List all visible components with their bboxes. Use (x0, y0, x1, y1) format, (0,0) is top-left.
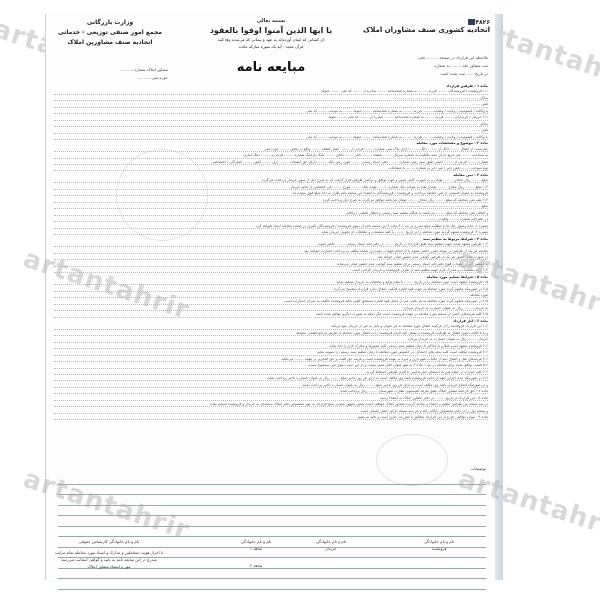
contract-line: ۲-۶ فروشنده متعهد است قبلاً و یا حداکثر … (54, 344, 488, 349)
notes-line[interactable] (58, 527, 486, 538)
section-heading: ماده ۴ : شرایط مربوط به تنظیم سند (54, 237, 488, 241)
contract-line: و در صورتیکه امتناع خریدار باشد وی مکلف … (54, 383, 488, 388)
notes-label: توضیحات (471, 466, 486, 471)
contract-line: ماده ۸ : این قرارداد در تاریخ ........ د… (54, 396, 488, 401)
notes-line[interactable] (58, 474, 486, 485)
contract-line: مبلغ ........ ریال معادل ........ تومان … (54, 178, 488, 183)
section-heading: ماده ۲ : موضوع و مشخصات مورد معامله (54, 141, 488, 145)
notes-line[interactable] (58, 495, 486, 506)
notes-line[interactable] (58, 485, 486, 496)
union-name: اتحادیه صنف مشاورین املاک (50, 38, 170, 48)
section-heading: ماده ۶ : آثار قرارداد (54, 319, 488, 323)
org-name: اتحادیه کشوری صنف مشاوران املاک (360, 26, 490, 34)
contract-line: ۲-۵ در صورتیکه معلوم گردد مورد معامله به… (54, 287, 488, 292)
signature-legal-expert: نام و نام خانوادگی کارشناس حقوقی با احرا… (54, 538, 164, 570)
contract-line: خریدار ........ ریال به عنوان خسارت به خ… (54, 337, 488, 342)
contract-line: نوع سوخت ........ تلفن دایر / غیر دایر ب… (54, 166, 488, 171)
ministry-name: وزارت بازرگانی (50, 18, 170, 28)
verse-header: بسمه تعالی یا ایها الذین آمنوا اوفوا بال… (196, 18, 346, 49)
org-header: ۴۸۲۶ اتحادیه کشوری صنف مشاوران املاک (360, 18, 490, 34)
contract-line: در دفترخانه شماره ........ واقع در .....… (54, 217, 488, 222)
reg-line: ثبت مشاور جلد ........ به شماره (338, 62, 488, 70)
sig-role: فروشنده (404, 545, 474, 552)
contract-line: تلفن ....... (54, 102, 488, 107)
verse-translation: ای کسانی که ایمان آورده‌اید به عهد و پیم… (196, 37, 346, 42)
contract-line: ۱-۱ فروشنده / فروشندگان ........ فرزند .… (54, 89, 488, 94)
contract-line: و الباقی ثمن معامله که مبلغ ........ می‌… (54, 211, 488, 216)
verse-source: قرآن مجید - آیه یک سوره مبارکه مائده (196, 44, 346, 49)
contract-line: با وکالت / قیمومیت / ولایت / وصایت .....… (54, 135, 488, 140)
contract-line: به خریدار ........ ریال به عنوان خسارت ب… (54, 306, 488, 311)
contract-line: تبصره ۱: عدم وصول چک ها یا مطالبه مبلغ م… (54, 224, 488, 229)
contract-line: و یا با اقامه دعوی انتقال به ظرفیت فروشن… (54, 331, 488, 336)
contract-line: به منظور اجرای تعهدات فوق دفترخانه اسناد… (54, 262, 488, 267)
notes-line[interactable] (58, 579, 486, 590)
sig-role: خریدار (296, 545, 366, 552)
sig-title: نام و نام خانوادگی (221, 538, 291, 545)
sig-role: شاهد ۱ (221, 545, 291, 552)
registration-block: ملاحظه این قرارداد در صفحه ......... دفت… (338, 54, 488, 78)
contract-line: فروشنده به عنوان قسمتی از ثمن معامله پرد… (54, 191, 488, 196)
contract-line: ۳-۶ فروشنده مکلف است کلیه بدهی‌های احتما… (54, 350, 488, 355)
ministry-header: وزارت بازرگانی مجمع امور صنفی توزیعی - خ… (50, 18, 170, 48)
contract-line: ۵-۶ قیمت توافق شده برای معامله در بند ۱ … (54, 363, 488, 368)
contract-line: ۴-۶ هزینه‌های نقل و انتقال اعم از مالیات… (54, 357, 488, 362)
signature-buyer: نام و نام خانوادگی خریدار (296, 538, 366, 552)
basmala: بسمه تعالی (196, 18, 346, 24)
sig-title: نام و نام خانوادگی (404, 538, 474, 545)
contract-line: مورد معامله (54, 293, 488, 298)
contract-line: ماده ۷ : حق الزحمه مشاور املاک طبق تعرفه… (54, 389, 488, 394)
notes-line[interactable] (58, 516, 486, 527)
page-title: مبایعه نامه (226, 60, 316, 75)
reg-line: در تاریخ ...... ثبت شده است (338, 70, 488, 78)
notes-line[interactable] (58, 569, 486, 580)
section-heading: ماده ۵ : شرایط تسلیم مورد معامله (54, 275, 488, 279)
contract-line: با وکالت / قیمومیت / ولایت / وصایت .....… (54, 109, 488, 114)
sig-role: شاهد ۲ (221, 562, 291, 569)
notes-line[interactable] (58, 506, 486, 517)
signature-seller: نام و نام خانوادگی فروشنده (404, 538, 474, 552)
sig-title: نام و نام خانوادگی کارشناس حقوقی (54, 538, 164, 545)
contract-line: و نسخه اول را در دفتر مخصوص بایگانی کند … (54, 409, 488, 414)
contract-line: ۱-۳ مبلغ ........ ریال معادل ........ تو… (54, 185, 488, 190)
contract-line: تلفن ....... (54, 128, 488, 133)
page-edge (495, 14, 503, 580)
contract-line: ساکن ...................................… (54, 122, 488, 127)
reg-line: ملاحظه این قرارداد در صفحه ......... دفت… (338, 54, 488, 62)
contract-line: مبلغ ...................................… (54, 204, 488, 209)
agency-block: مشاور املاک شماره .......... حوزه ثبتی .… (58, 66, 168, 82)
agency-line: مشاور املاک شماره .......... (58, 66, 168, 74)
contract-line: در صورت عدم حضور هر یک از طرفین گواهی عد… (54, 255, 488, 260)
section-heading: ماده ۱ : طرفین قرارداد (54, 84, 488, 88)
contract-line: به مساحت ........ متر مربع دارای سند مال… (54, 153, 488, 158)
agency-line: حوزه ثبتی .......... (58, 74, 168, 82)
contract-line: ۲-۳ بقیه ثمن معامله که مبلغ ........ ریا… (54, 198, 488, 203)
contract-line: شماره ........ فرعی از ........ اصلی طبق… (54, 160, 488, 165)
contract-line: ۱-۶ این قرارداد فروشنده را از هرگونه انت… (54, 324, 488, 329)
contract-line: عبارتست از انتقال ........ دانگ از .....… (54, 147, 488, 152)
contract-line: ساکن ...................................… (54, 96, 488, 101)
serial-number: ۴۸۲۶ (475, 19, 490, 26)
section-heading: ماده ۳ : ثمن معامله (54, 173, 488, 177)
contract-body: ماده ۱ : طرفین قرارداد۱-۱ فروشنده / فروش… (54, 84, 488, 422)
sig-role: مهر و امضاء مشاور املاک (54, 563, 164, 570)
assembly-name: مجمع امور صنفی توزیعی - خدماتی (50, 28, 170, 38)
contract-line: ۲-۴ ارائه مستندات و مدارک لازم جهت تنظیم… (54, 268, 488, 273)
sig-title: نام و نام خانوادگی (296, 538, 366, 545)
contract-line: ۱-۵ فروشنده متعهد است مورد معامله را در … (54, 280, 488, 285)
contract-line: ماده ۹ : موارد توافقی خارج از این قراردا… (54, 415, 488, 420)
contract-line: ۷-۶ در صورتیکه عدم اجرای تعهد از جانب فر… (54, 376, 488, 381)
contract-line: ۱-۴ طرفین متعهد شدند جهت تنظیم سند طبق ق… (54, 242, 488, 247)
contract-line: ۲-۱ خریدار / خریداران ........ فرزند ...… (54, 115, 488, 120)
signature-witnesses: نام و نام خانوادگی شاهد ۱ شاهد ۲ (221, 538, 291, 569)
sig-role: با احراز هویت متعاملین و مدارک و اسناد م… (54, 549, 164, 563)
contract-page: وزارت بازرگانی مجمع امور صنفی توزیعی - خ… (45, 14, 496, 580)
contract-line: ۴-۵ کلیه هزینه‌های ناشی از تسلیم مورد مع… (54, 312, 488, 317)
contract-line: چنانچه هر یک از طرفین در موعد مقرر حاضر … (54, 249, 488, 254)
contract-line: تبصره ۲: فروشنده متعهد گردید مورد معامله… (54, 230, 488, 235)
contract-line: در سه نسخه بین طرفین تنظیم و امضاء و مبا… (54, 402, 488, 407)
contract-line: ۶-۶ کلیه خیارات از جمله غبن به استثنای خ… (54, 370, 488, 375)
verse: یا ایها الذین آمنوا اوفوا بالعقود (196, 26, 346, 35)
notes-lines (58, 474, 486, 590)
contract-line: ۳-۵ در صورتیکه معلوم گردد مورد معامله به… (54, 299, 488, 304)
